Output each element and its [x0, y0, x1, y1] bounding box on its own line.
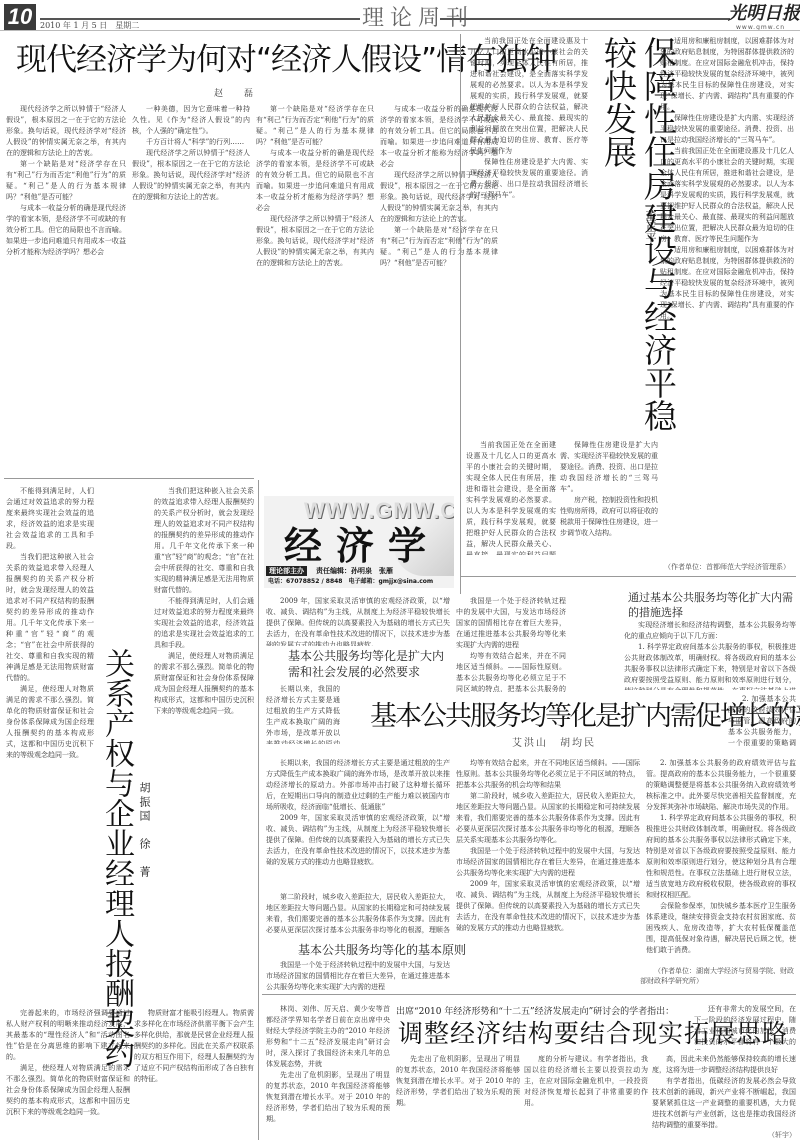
- article5-para: 高，因此未来仍然能够保持较高的增长速度，这将为进一步调整经济结构提供良好: [652, 1054, 796, 1076]
- article4-mid-col: 均等有效结合起来，并在不同地区适当倾斜。——国际性原则。基本公共服务均等化必须立…: [456, 758, 640, 994]
- article4-para: 实现经济增长和经济结构调整，基本公共服务均等化的重点应倾向于以下几方面：: [624, 620, 796, 642]
- article5-para: 先走出了危机阴影，呈现出了明显的复苏状态，2010 年我国经济将能够恢复到潜在增…: [396, 1054, 520, 1109]
- article1-para: 千方百计将人“科学”的行列……: [132, 137, 250, 148]
- masthead-rule-left: [40, 18, 360, 20]
- newspaper-logo: 光明日报: [728, 4, 800, 24]
- article3-title: 关系产权与企业经理人报酬契约: [98, 648, 134, 1068]
- article3-para: 满足，使经理人对物质满足的需求不那么强烈。简单化的物质财富保证和社会身份体系保障…: [6, 1063, 130, 1118]
- article4-section2-title: 基本公共服务均等化的基本原则: [298, 942, 466, 958]
- article5-kicker: 出席“2010 年经济形势和“十二五”经济发展走向”研讨会的学者指出：: [396, 1006, 674, 1018]
- article3-para: 不能得到满足时，人们会通过对效益追求的努力程度来最终实现社会效益的追求，经济效益…: [6, 486, 94, 552]
- article4-para: 1. 科学界定政府间基本公共服务的事权，积极推进公共财政体制改革，明确财权。将各…: [646, 813, 796, 901]
- article3-para: 不能得到满足时，人们会通过对效益追求的努力程度来最终实现社会效益的追求，经济效益…: [154, 596, 254, 651]
- article2-lead: 当前我国正处在全面建设惠及十几亿人口的更高水平的小康社会的关键时期，实现全体人民…: [470, 36, 588, 376]
- article5-para: 度的分析与建议。有学者指出，我国以往的经济增长主要以投资拉动为主，在应对国际金融…: [524, 1054, 648, 1109]
- article2-para: 保障性住房建设是扩大内需、实现经济平稳较快发展的重要途径。消费、投资、出口是拉动…: [660, 113, 794, 146]
- article1-bottom-rule: [4, 478, 254, 479]
- article4-section1-para: 长期以来，我国的经济增长方式主要是通过粗放的生产方式降低生产成本换取广阔的海外市…: [266, 684, 340, 744]
- article3-right-rule: [258, 480, 259, 1140]
- masthead-divider: [0, 30, 800, 31]
- article2-lower-col1: 当前我国正处在全面建设惠及十几亿人口的更高水平的小康社会的关键时期，实现全体人民…: [466, 440, 556, 555]
- article4-mid-col-top: 我国是一个处于经济转轨过程中的发展中大国，与发达市场经济国家的国情相比存在着巨大…: [456, 596, 566, 692]
- article2-para: 当前我国正处在全面建设惠及十几亿人口的更高水平的小康社会的关键时期，实现全体人民…: [660, 146, 794, 245]
- article2-para: 保障性住房建设是扩大内需、实现经济平稳较快发展的重要途径。消费、投资、出口是拉动…: [470, 157, 588, 201]
- article4-col-a: 长期以来，我国的经济增长方式主要是通过粗放的生产方式降低生产成本换取广阔的海外市…: [266, 758, 450, 892]
- article1-col1: 现代经济学之所以钟情于“经济人假设”，根本原因之一在于它的方法论形象。换句话说，…: [6, 104, 126, 474]
- article1-para: 与成本一收益分析的确是现代经济学的看家本领，是经济学不可或缺的有效分析工具。但它…: [256, 148, 374, 214]
- article4-intro-text: 2009 年，国家采取灵活审慎的宏观经济政策，以“增收、减负、调结构”为主线，从…: [266, 596, 450, 646]
- article4-right-col: 2. 加强基本公共服务的政府绩效评估与监管。提高政府的基本公共服务能力，一个很重…: [646, 758, 796, 958]
- article4-para: 均等有效结合起来，并在不同地区适当倾斜。——国际性原则。基本公共服务均等化必须立…: [456, 651, 566, 692]
- article4-para: 我国是一个处于经济转轨过程中的发展中大国，与发达市场经济国家的国情相比存在着巨大…: [456, 846, 640, 879]
- article2-left-rule: [460, 34, 461, 594]
- article4-bottom-rule: [262, 994, 796, 995]
- article4-para: 2. 加强基本公共服务的政府绩效评估与监管。提高政府的基本公共服务能力，一个很重…: [646, 758, 796, 813]
- article3-para: 满足，使经理人对物质满足的需求不那么强烈。简单化的物质财富保证和社会身份体系保障…: [6, 684, 94, 761]
- article4-measure2: 2. 加强基本公共服务的政府绩效评估与监管。提高政府的基本公共服务能力，一个很重…: [728, 694, 796, 750]
- article5-para: 先走出了危机阴影，呈现出了明显的复苏状态，2010 年我国经济将能够恢复到潜在增…: [266, 1070, 390, 1125]
- article2-affiliation: （作者单位：首都师范大学经济管理系）: [600, 562, 790, 572]
- column-banner: WWW.GMW.CN 经济学 理论部主办 责任编辑：孙明泉 张雁 电话：6707…: [264, 496, 454, 588]
- article4-para: 第二阶段时，城乡收入差距拉大，居民收入差距拉大，地区差距拉大等问题凸显。从国家的…: [266, 892, 450, 936]
- article1-col3: 第一个缺陷是对“经济学存在只有“利己”行为而否定“利他”行为”的质疑。“利己”是…: [256, 104, 374, 474]
- article5-lead-text: 林岗、刘伟、厉天启、黄少安等首都经济学界知名学者日前在京出席中央财经大学经济学院…: [266, 1004, 390, 1070]
- article4-para: 2009 年，国家采取灵活审慎的宏观经济政策，以“增收、减负、调结构”为主线，从…: [266, 813, 450, 868]
- article1-author: 赵 磊: [214, 88, 259, 100]
- masthead-rule-right: [440, 18, 730, 20]
- article4-section3-text: 实现经济增长和经济结构调整，基本公共服务均等化的重点应倾向于以下几方面： 1. …: [624, 620, 796, 690]
- banner-editors: 责任编辑：孙明泉 张雁: [316, 566, 393, 576]
- article3-col3: 完善起来的，市场经济强调要通过私人财产权利的明晰来推动经济发展，其最基本的“理性…: [6, 1008, 130, 1140]
- article3-para: 当我们把这种嵌入社会关系的效益追求带入经理人报酬契约的关系产权分析时，就会发现经…: [6, 552, 94, 684]
- article1-para: 现代经济学之所以钟情于“经济人假设”，根本原因之一在于它的方法论形象。换句话说，…: [256, 214, 374, 269]
- banner-tag: 理论部主办: [266, 566, 307, 576]
- article5-lead: 林岗、刘伟、厉天启、黄少安等首都经济学界知名学者日前在京出席中央财经大学经济学院…: [266, 1004, 390, 1140]
- article2-para: 当前我国正处在全面建设惠及十几亿人口的更高水平的小康社会的关键时期，实现全体人民…: [466, 440, 556, 555]
- article4-para: 长期以来，我国的经济增长方式主要是通过粗放的生产方式降低生产成本换取广阔的海外市…: [266, 758, 450, 813]
- article1-col2: 一种美德，因为它意味着一种持久性。见《作为“经济人假设”的内核，个人强的“确定性…: [132, 104, 250, 474]
- article4-section1-title: 基本公共服务均等化是扩大内需和社会发展的必然要求: [288, 648, 454, 680]
- article4-para: 均等有效结合起来，并在不同地区适当倾斜。——国际性原则。基本公共服务均等化必须立…: [456, 758, 640, 791]
- article3-para: 当我们把这种嵌入社会关系的效益追求带入经理人报酬契约的关系产权分析时，就会发现经…: [154, 486, 254, 596]
- article2-closing: 房产税，控制投资性和投机性购房所得，政府可以将征收的税款用于保障性住房建设，进一…: [560, 495, 658, 538]
- article2-author: 董正平: [644, 210, 657, 243]
- article5-end: 有学者指出，低碳经济的发展必然会导致技术创新的涌现，新兴产业将不断崛起，我国要紧…: [652, 1076, 796, 1130]
- banner-contact: 电话：67078852 / 8848 电子邮箱：gmjjx@sina.com: [268, 577, 433, 586]
- article2-para: 保障性住房建设是扩大内需、实现经济平稳较快发展的重要途径。消费、投资、出口是拉动…: [560, 440, 658, 495]
- article4-para: 2. 加强基本公共服务的政府绩效评估与监管。提高政府的基本公共服务能力，一个很重…: [728, 694, 796, 750]
- article3-author: 胡振国 徐 菁: [138, 782, 151, 880]
- article5-signature: （轩宇）: [700, 1130, 796, 1140]
- article4-section1-text: 长期以来，我国的经济增长方式主要是通过粗放的生产方式降低生产成本换取广阔的海外市…: [266, 684, 340, 744]
- article1-para: 现代经济学之所以钟情于“经济人假设”，根本原因之一在于它的方法论形象。换句话说，…: [6, 104, 126, 159]
- article4-para: 我国是一个处于经济转轨过程中的发展中大国，与发达市场经济国家的国情相比存在着巨大…: [456, 596, 566, 651]
- banner-title: 经济学: [284, 524, 440, 568]
- article4-closing: 会保险参保率，加快城乡基本医疗卫生服务体系建设，继续安排资金支持农村贫困家庭、贫…: [646, 901, 796, 956]
- article5-col2: 先走出了危机阴影，呈现出了明显的复苏状态，2010 年我国经济将能够恢复到潜在增…: [396, 1054, 520, 1140]
- article1-para: 第一个缺陷是对“经济学存在只有“利己”行为而否定“利他”行为”的质疑。“利己”是…: [6, 159, 126, 203]
- article4-intro: 2009 年，国家采取灵活审慎的宏观经济政策，以“增收、减负、调结构”为主线，从…: [266, 596, 450, 646]
- article4-para: 第二阶段时，城乡收入差距拉大，居民收入差距拉大，地区差距拉大等问题凸显。从国家的…: [456, 791, 640, 846]
- article4-measure1: 1. 科学界定政府间基本公共服务的事权，积极推进公共财政体制改革，明确财权。将各…: [624, 642, 796, 690]
- article5-right: 还有非常大的发展空间，在下一阶段的经济发展过程中，随着工业化和城市化的加快，消费…: [694, 1004, 796, 1050]
- article2-bottom-rule: [460, 576, 796, 577]
- article1-para: 一种美德，因为它意味着一种持久性。见《作为“经济人假设”的内核，个人强的“确定性…: [132, 104, 250, 137]
- article3-col1: 不能得到满足时，人们会通过对效益追求的努力程度来最终实现社会效益的追求，经济效益…: [6, 486, 94, 1006]
- article1-para: 第一个缺陷是对“经济学存在只有“利己”行为而否定“利他”行为”的质疑。“利己”是…: [256, 104, 374, 148]
- article4-section1-para2: 第二阶段时，城乡收入差距拉大，居民收入差距拉大，地区差距拉大等问题凸显。从国家的…: [266, 892, 450, 936]
- article4-authors: 艾洪山 胡均民: [512, 738, 596, 750]
- article4-affiliation: （作者单位：湖南大学经济与贸易学院、财政部财政科学研究所）: [640, 966, 796, 986]
- article3-tail: 物质财富才能吸引经理人。物质需求多样化在市场经济供需平衡下会产生多样化供给，那就…: [134, 1008, 254, 1085]
- article3-para: 满足，使经理人对物质满足的需求不那么强烈。简单化的物质财富保证和社会身份体系保障…: [154, 651, 254, 717]
- article4-section2-text: 我国是一个处于经济转轨过程中的发展中大国，与发达市场经济国家的国情相比存在着巨大…: [266, 960, 450, 994]
- article3-col2: 当我们把这种嵌入社会关系的效益追求带入经理人报酬契约的关系产权分析时，就会发现经…: [154, 486, 254, 1006]
- article5-col3: 度的分析与建议。有学者指出，我国以往的经济增长主要以投资拉动为主，在应对国际金融…: [524, 1054, 648, 1140]
- article1-para: 与成本一收益分析的确是现代经济学的看家本领，是经济学不可或缺的有效分析工具。但它…: [6, 203, 126, 258]
- article2-para: 适用房和廉租房制度，以困难群体为对象的政府贴息制度，为特困群体提供救济的贴租制度…: [660, 36, 794, 113]
- article4-para: 我国是一个处于经济转轨过程中的发展中大国，与发达市场经济国家的国情相比存在着巨大…: [266, 960, 450, 993]
- article4-section3-title: 通过基本公共服务均等化扩大内需的措施选择: [628, 590, 794, 620]
- page-number: 10: [4, 4, 36, 30]
- article2-para: 适用房和廉租房制度，以困难群体为对象的政府贴息制度，为特困群体提供救济的贴租制度…: [660, 245, 794, 322]
- article2-right-col: 适用房和廉租房制度，以困难群体为对象的政府贴息制度，为特困群体提供救济的贴租制度…: [660, 36, 794, 541]
- article2-lead-text: 当前我国正处在全面建设惠及十几亿人口的更高水平的小康社会的关键时期，实现全体人民…: [470, 36, 588, 157]
- article3-para: 完善起来的，市场经济强调要通过私人财产权利的明晰来推动经济发展，其最基本的“理性…: [6, 1008, 130, 1063]
- article3-col4: 物质财富才能吸引经理人。物质需求多样化在市场经济供需平衡下会产生多样化供给，那就…: [134, 1008, 254, 1140]
- article4-para: 2009 年，国家采取灵活审慎的宏观经济政策，以“增收、减负、调结构”为主线，从…: [456, 879, 640, 934]
- banner-url: WWW.GMW.CN: [304, 498, 454, 524]
- article5-para: 还有非常大的发展空间，在下一阶段的经济发展过程中，随着工业化和城市化的加快，消费…: [694, 1004, 796, 1050]
- article1-para: 现代经济学之所以钟情于“经济人假设”，根本原因之一在于它的方法论形象。换句话说，…: [132, 148, 250, 203]
- article5-col4: 高，因此未来仍然能够保持较高的增长速度，这将为进一步调整经济结构提供良好 有学者…: [652, 1054, 796, 1130]
- article2-lower-col2: 保障性住房建设是扩大内需、实现经济平稳较快发展的重要途径。消费、投资、出口是拉动…: [560, 440, 658, 538]
